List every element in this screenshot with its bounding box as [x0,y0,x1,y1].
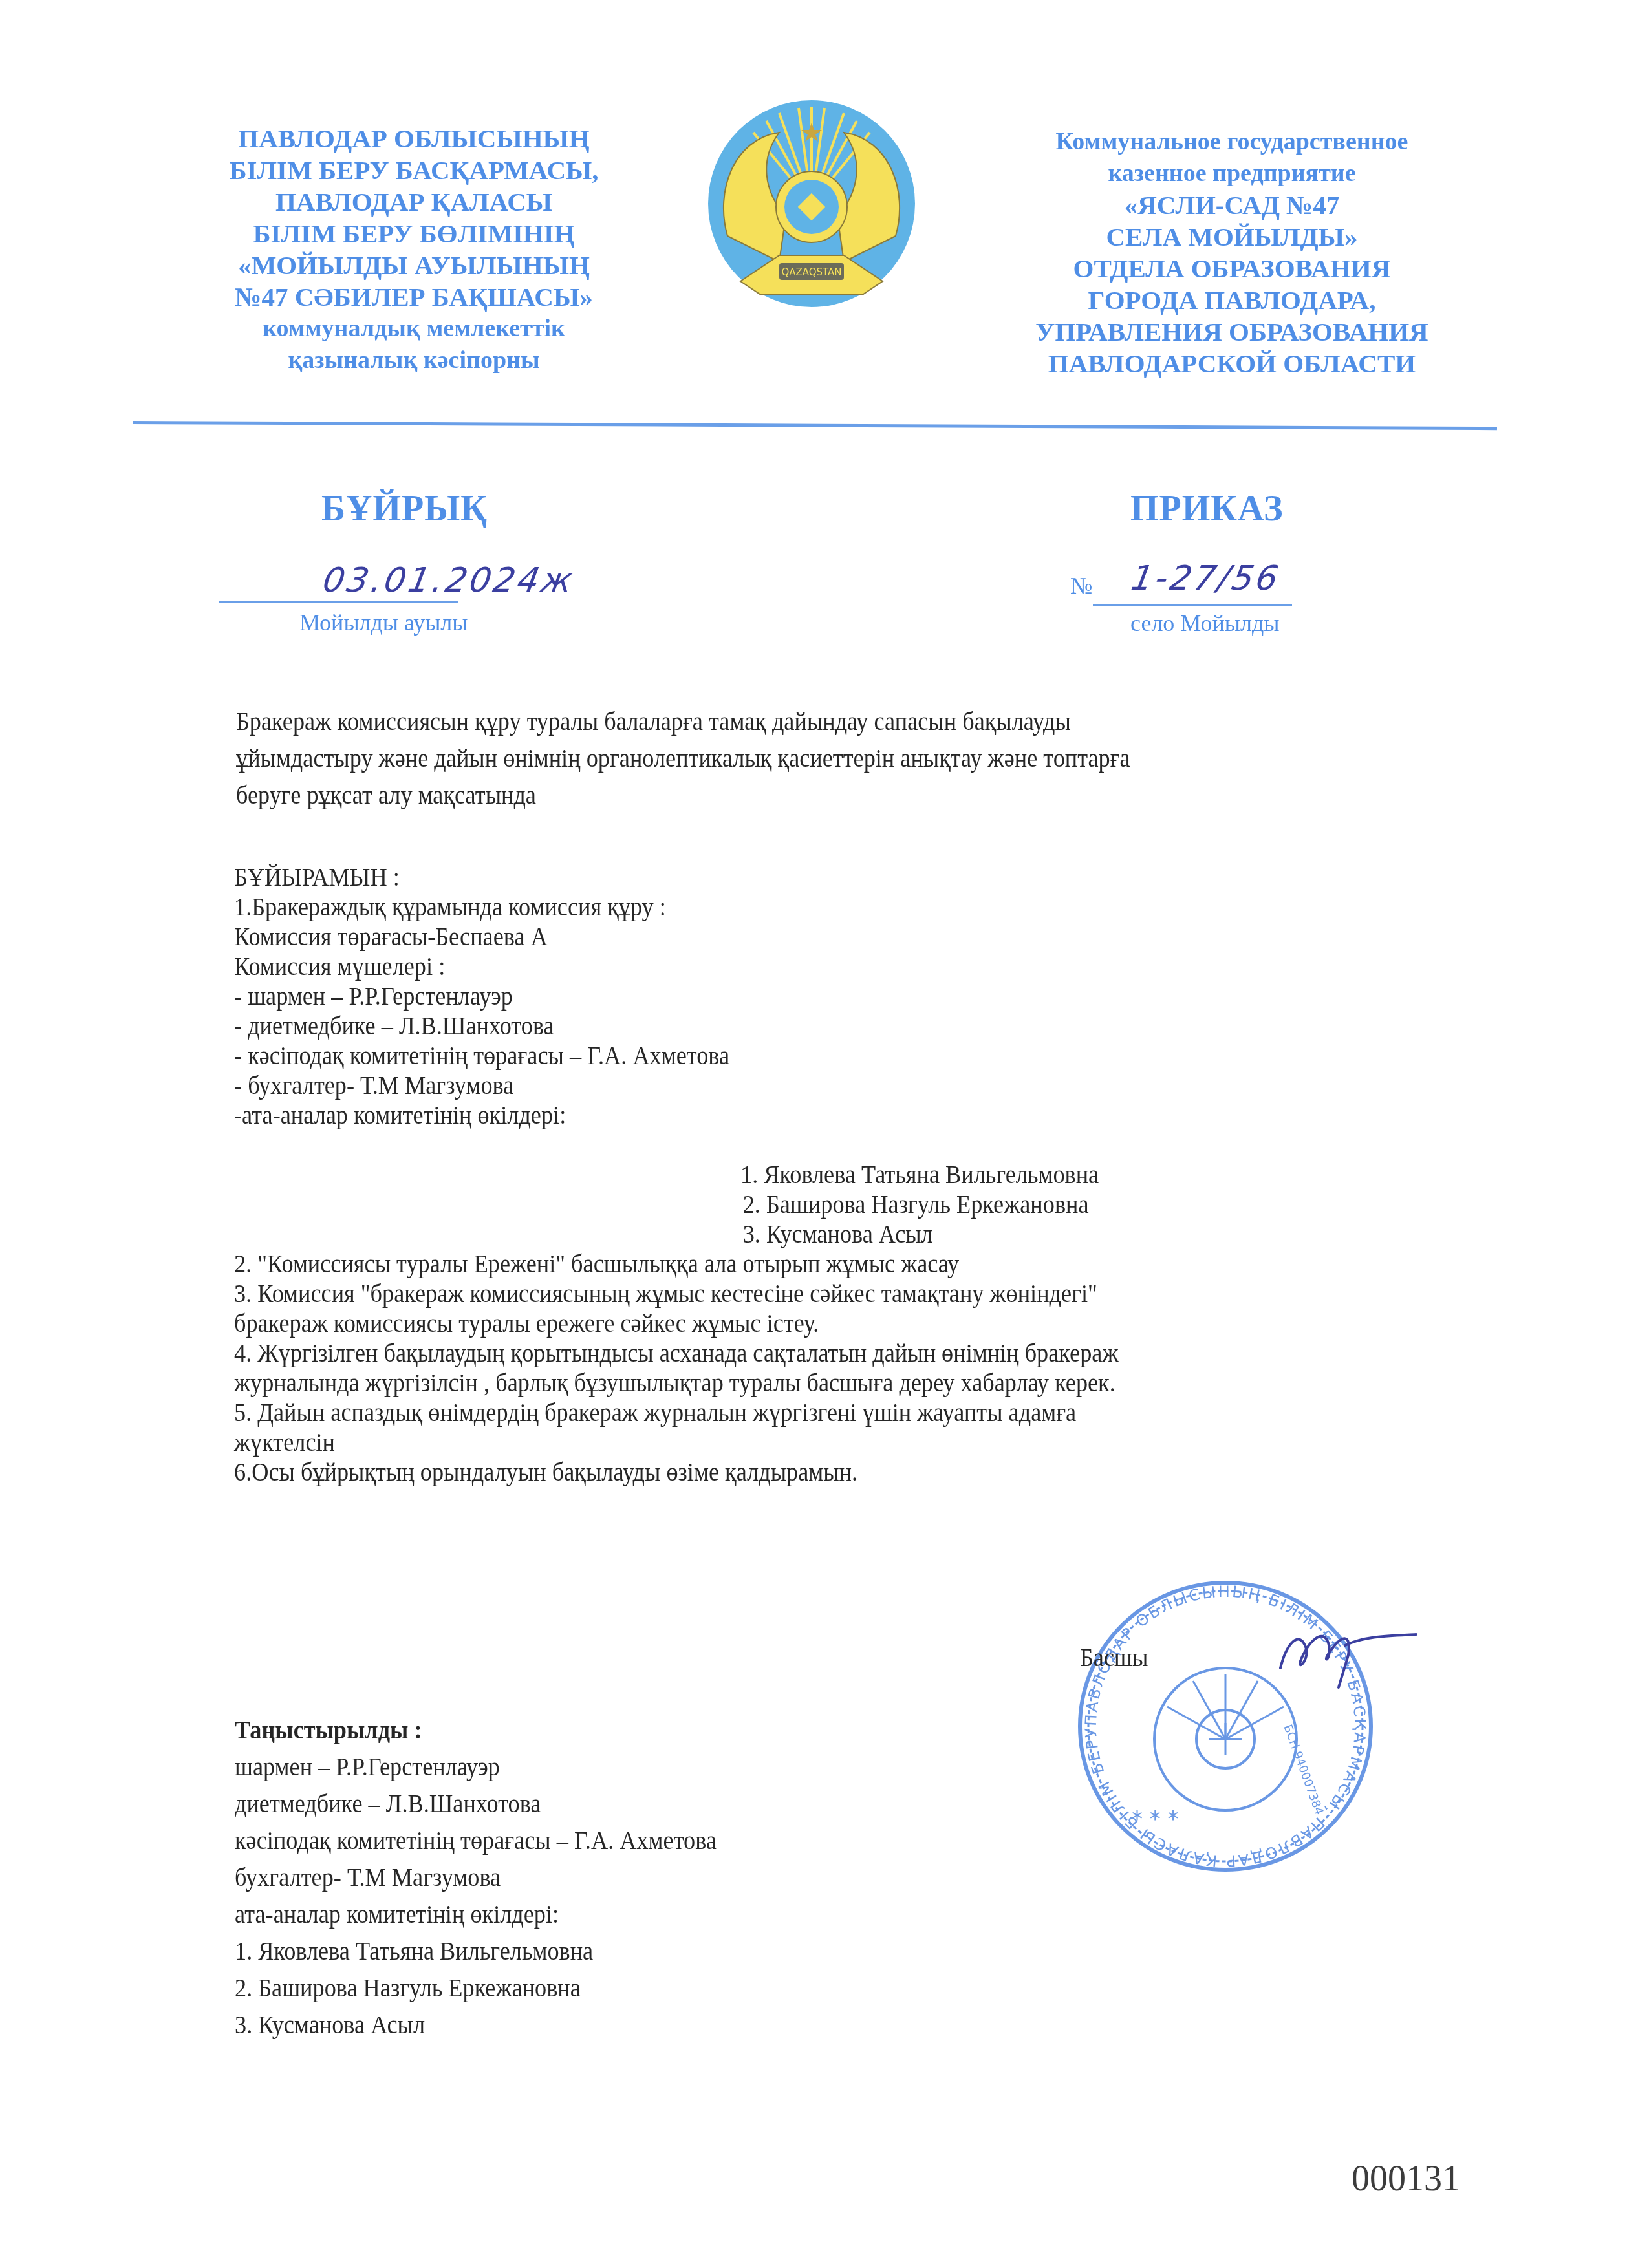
header-left-line: БІЛІМ БЕРУ БӨЛІМІНІҢ [194,218,634,250]
signatory-title: Басшы [1080,1640,1148,1676]
commission-chair: Комиссия төрағасы-Беспаева А [234,923,729,952]
place-russian: село Мойылды [1130,610,1279,637]
parent-rep: 3. Кусманова Асыл [740,1220,1099,1250]
order-items: 2. "Комиссиясы туралы Ережені" басшылыққ… [234,1250,1118,1488]
header-left-line: коммуналдық мемлекеттік [194,313,634,345]
order-item: бракераж комиссиясы туралы ережеге сәйке… [234,1309,1118,1339]
header-right-line: ПАВЛОДАРСКОЙ ОБЛАСТИ [983,348,1481,380]
number-underline [1093,604,1292,606]
date-underline [219,601,458,603]
acknowledged-line: 2. Баширова Назгуль Еркежановна [235,1970,717,2007]
preamble: Бракераж комиссиясын құру туралы балалар… [236,703,1130,814]
order-title-kazakh: БҰЙРЫҚ [321,488,488,530]
header-left-line: БІЛІМ БЕРУ БАСҚАРМАСЫ, [194,155,634,186]
order-number-handwritten: 1-27/56 [1128,559,1284,598]
order-item: 5. Дайын аспаздық өнімдердің бракераж жу… [234,1398,1118,1428]
acknowledged-line: 3. Кусманова Асыл [235,2007,717,2044]
member-line: - диетмедбике – Л.В.Шанхотова [234,1012,729,1042]
header-left-line: қазыналық кәсіпорны [194,345,634,376]
item-1-heading: 1.Бракераждық құрамында комиссия құру : [234,893,729,923]
header-right-line: казенное предприятие [983,158,1481,189]
order-item: 6.Осы бұйрықтың орындалуын бақылауды өзі… [234,1458,1118,1488]
acknowledged-heading: Таңыстырылды : [235,1712,717,1749]
acknowledged-line: ата-аналар комитетінің өкілдері: [235,1896,717,1933]
header-left-line: ПАВЛОДАР ОБЛЫСЫНЫҢ [194,123,634,155]
header-divider [133,421,1497,430]
acknowledged-line: 1. Яковлева Татьяна Вильгельмовна [235,1933,717,1970]
header-left-kazakh: ПАВЛОДАР ОБЛЫСЫНЫҢ БІЛІМ БЕРУ БАСҚАРМАСЫ… [194,123,634,376]
acknowledged-line: диетмедбике – Л.В.Шанхотова [235,1786,717,1823]
header-right-russian: Коммунальное государственное казенное пр… [983,126,1481,380]
order-item: 4. Жүргізілген бақылаудың қорытындысы ас… [234,1339,1118,1369]
order-title-russian: ПРИКАЗ [1130,488,1284,530]
header-left-line: №47 СӘБИЛЕР БАҚШАСЫ» [194,281,634,313]
document-serial-number: 000131 [1352,2158,1460,2199]
header-right-line: Коммунальное государственное [983,126,1481,158]
members-heading: Комиссия мүшелері : [234,952,729,982]
svg-text:QAZAQSTAN: QAZAQSTAN [781,266,841,278]
handwritten-signature [1267,1616,1423,1694]
svg-text:* * *: * * * [1132,1806,1179,1832]
preamble-line: Бракераж комиссиясын құру туралы балалар… [236,703,1130,740]
decree-heading: БҰЙЫРАМЫН : [234,863,729,893]
member-line: - кәсіподақ комитетінің төрағасы – Г.А. … [234,1042,729,1071]
member-line: - шармен – Р.Р.Герстенлауэр [234,982,729,1012]
decree-section: БҰЙЫРАМЫН : 1.Бракераждық құрамында коми… [234,863,729,1131]
number-sign: № [1070,572,1092,599]
order-date-handwritten: 03.01.2024ж [320,561,578,600]
acknowledged-line: шармен – Р.Р.Герстенлауэр [235,1749,717,1786]
acknowledged-line: кәсіподақ комитетінің төрағасы – Г.А. Ах… [235,1823,717,1859]
parents-label: -ата-аналар комитетінің өкілдері: [234,1101,729,1131]
member-line: - бухгалтер- Т.М Магзумова [234,1071,729,1101]
header-left-line: «МОЙЫЛДЫ АУЫЛЫНЫҢ [194,250,634,281]
header-right-line: УПРАВЛЕНИЯ ОБРАЗОВАНИЯ [983,316,1481,348]
svg-text:БСН 940007384: БСН 940007384 [1280,1723,1326,1817]
parent-rep: 1. Яковлева Татьяна Вильгельмовна [740,1161,1099,1190]
acknowledged-line: бухгалтер- Т.М Магзумова [235,1859,717,1896]
parents-list: 1. Яковлева Татьяна Вильгельмовна 2. Баш… [740,1161,1099,1250]
order-item: жүктелсін [234,1428,1118,1458]
header-right-line: ГОРОДА ПАВЛОДАРА, [983,284,1481,316]
acknowledged-section: Таңыстырылды : шармен – Р.Р.Герстенлауэр… [235,1712,717,2044]
order-item: 2. "Комиссиясы туралы Ережені" басшылыққ… [234,1250,1118,1279]
order-item: журналында жүргізілсін , барлық бұзушылы… [234,1369,1118,1398]
header-right-line: «ЯСЛИ-САД №47 [983,189,1481,221]
preamble-line: беруге рұқсат алу мақсатында [236,777,1130,814]
parent-rep: 2. Баширова Назгуль Еркежановна [740,1190,1099,1220]
header-right-line: ОТДЕЛА ОБРАЗОВАНИЯ [983,253,1481,284]
order-item: 3. Комиссия "бракераж комиссиясының жұмы… [234,1279,1118,1309]
header-left-line: ПАВЛОДАР ҚАЛАСЫ [194,186,634,218]
place-kazakh: Мойылды ауылы [299,609,468,636]
state-emblem-icon: QAZAQSTAN [702,94,921,314]
header-right-line: СЕЛА МОЙЫЛДЫ» [983,221,1481,253]
preamble-line: ұйымдастыру және дайын өнімнің органолеп… [236,740,1130,777]
